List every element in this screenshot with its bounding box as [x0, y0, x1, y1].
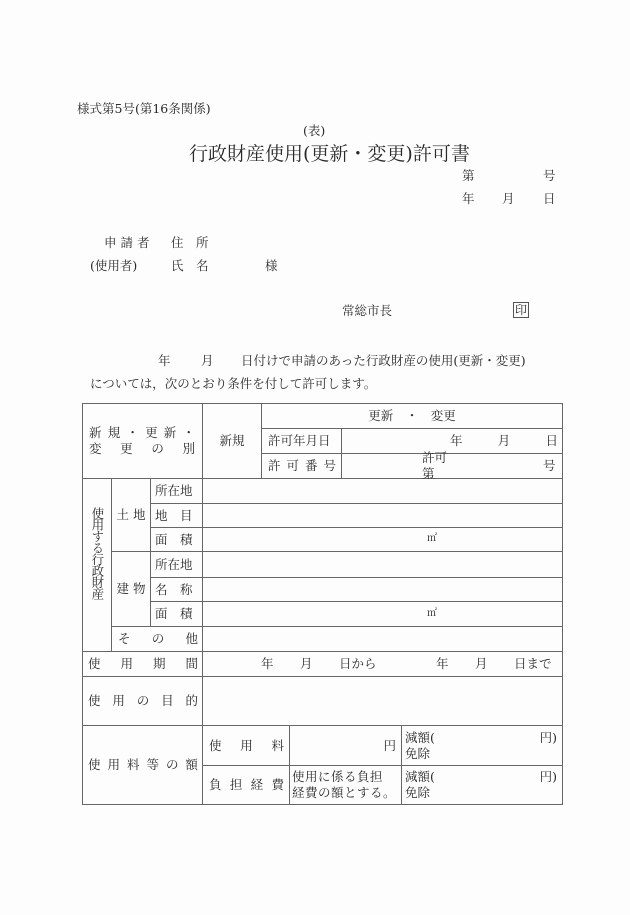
new-cell[interactable]: 新規	[203, 404, 261, 478]
date-day: 日	[543, 193, 556, 206]
building-location-field[interactable]	[203, 552, 562, 577]
number-dai: 第	[462, 170, 475, 183]
burden-reduction[interactable]: 減額( 円) 免除	[405, 766, 557, 804]
body-year: 年	[158, 355, 171, 368]
permit-number-prefix: 許可第	[422, 454, 458, 478]
period-field[interactable]: 年 月 日から 年 月 日まで	[203, 652, 562, 676]
permit-document: { "header": { "form_number": "様式第5号(第16条…	[0, 0, 630, 915]
sqm-unit: ㎡	[427, 608, 437, 621]
page-title: 行政財産使用(更新・変更)許可書	[189, 145, 470, 164]
land-category-field[interactable]	[203, 504, 562, 527]
burden-description: 使用に係る負担 経費の額とする。	[292, 766, 400, 804]
body-line1: 日付けで申請のあった行政財産の使用(更新・変更)	[241, 355, 526, 368]
other-label: そ の 他	[118, 627, 198, 651]
type-label: 新 規 ・ 更 新 ・ 変 更 の 別	[89, 403, 195, 478]
building-area-label: 面 積	[155, 602, 199, 626]
side-label: (表)	[303, 125, 325, 138]
permit-number-label: 許 可 番 号	[268, 454, 336, 478]
user-label: (使用者)	[90, 260, 137, 273]
fees-label: 使 用 料 等 の 額	[88, 726, 198, 804]
permit-number-suffix: 号	[543, 454, 559, 478]
exemption-label: 免除	[405, 785, 557, 801]
address-label: 住 所	[171, 237, 209, 250]
reduction-label: 減額(	[405, 730, 435, 746]
sqm-unit: ㎡	[427, 533, 437, 546]
exemption-label: 免除	[405, 746, 557, 762]
building-name-field[interactable]	[203, 578, 562, 601]
body-month: 月	[201, 355, 214, 368]
issuer-title: 常総市長	[342, 305, 392, 318]
property-label: 使用する行政財産	[83, 479, 111, 626]
other-field[interactable]	[203, 627, 562, 651]
form-number: 様式第5号(第16条関係)	[77, 103, 211, 116]
permit-date-value[interactable]: 年 月 日	[450, 429, 558, 453]
land-location-field[interactable]	[203, 479, 562, 503]
land-category-label: 地 目	[155, 504, 199, 527]
name-label: 氏 名	[171, 260, 209, 273]
type-label-line2: 変 更 の 別	[89, 441, 195, 457]
usage-fee-reduction[interactable]: 減額( 円) 免除	[405, 726, 557, 765]
applicant-label: 申 請 者	[104, 237, 149, 250]
building-area-field[interactable]: ㎡	[203, 602, 562, 626]
land-location-label: 所在地	[155, 479, 199, 503]
burden-label: 負 担 経 費	[209, 766, 284, 804]
period-label: 使 用 期 間	[88, 652, 198, 676]
land-label: 土 地	[112, 479, 150, 551]
reduction-label: 減額(	[405, 769, 435, 785]
purpose-label: 使 用 の 目 的	[88, 677, 198, 725]
usage-fee-label: 使 用 料	[209, 726, 284, 765]
permit-date-label: 許可年月日	[268, 429, 338, 453]
date-month: 月	[502, 193, 515, 206]
land-area-field[interactable]: ㎡	[203, 528, 630, 551]
seal-icon: 印	[513, 302, 529, 318]
date-year: 年	[462, 193, 475, 206]
land-area-label: 面 積	[155, 528, 199, 551]
building-name-label: 名 称	[155, 578, 199, 601]
number-go: 号	[543, 170, 556, 183]
usage-fee-field[interactable]: 円	[290, 726, 396, 765]
building-label: 建 物	[112, 552, 150, 626]
renew-change-header[interactable]: 更新 ・ 変更	[262, 404, 562, 428]
reduction-unit: 円)	[540, 730, 557, 746]
body-line2: については，次のとおり条件を付して許可します。	[90, 378, 376, 391]
purpose-field[interactable]	[203, 677, 562, 725]
type-label-line1: 新 規 ・ 更 新 ・	[89, 425, 195, 441]
honorific: 様	[265, 260, 278, 273]
reduction-unit: 円)	[540, 769, 557, 785]
building-location-label: 所在地	[155, 552, 199, 577]
